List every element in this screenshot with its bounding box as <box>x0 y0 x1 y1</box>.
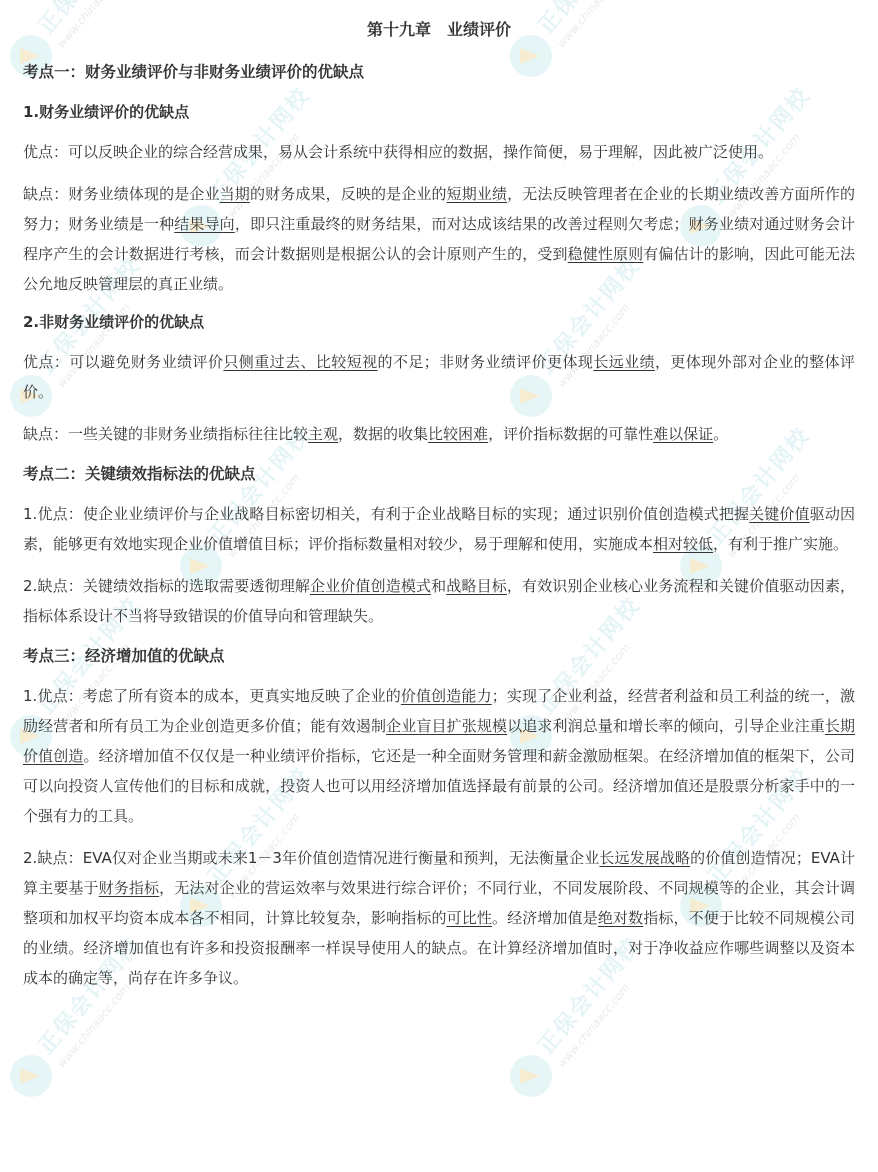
key-phrase: 难以保证 <box>653 425 713 443</box>
key-phrase: 绝对数 <box>598 909 643 927</box>
text-run: 优点：可以反映企业的综合经营成果，易从会计系统中获得相应的数据，操作简便，易于理… <box>23 143 773 161</box>
paragraph-eva-disadvantages: 2.缺点：EVA仅对企业当期或未来1－3年价值创造情况进行衡量和预判，无法衡量企… <box>23 843 855 993</box>
key-phrase: 价值创造能力 <box>401 687 492 705</box>
key-phrase: 主观 <box>308 425 338 443</box>
key-phrase: 只侧重过去、比较短视 <box>223 353 377 371</box>
key-phrase: 关键价值 <box>749 505 810 523</box>
key-phrase: 财务指标 <box>99 879 160 897</box>
text-run: 1.优点：使企业业绩评价与企业战略目标密切相关，有利于企业战略目标的实现；通过识… <box>23 505 749 523</box>
watermark-logo-icon <box>10 1055 52 1097</box>
text-run: 缺点：财务业绩体现的是企业 <box>23 185 220 203</box>
key-phrase: 结果导向 <box>174 215 235 233</box>
watermark-url-text: www.chinaacc.com <box>555 981 633 1070</box>
text-run: 。 <box>713 425 728 443</box>
key-phrase: 战略目标 <box>446 577 507 595</box>
section-heading-3: 考点三：经济增加值的优缺点 <box>23 645 855 667</box>
text-run: ，有利于推广实施。 <box>713 535 848 553</box>
text-run: 。经济增加值是 <box>492 909 598 927</box>
text-run: 1.优点：考虑了所有资本的成本，更真实地反映了企业的 <box>23 687 401 705</box>
key-phrase: 当期 <box>220 185 250 203</box>
text-run: 。经济增加值不仅仅是一种业绩评价指标，它还是一种全面财务管理和薪金激励框架。在经… <box>23 747 855 825</box>
section-heading-1: 考点一：财务业绩评价与非财务业绩评价的优缺点 <box>23 61 855 83</box>
key-phrase: 长远发展战略 <box>599 849 690 867</box>
text-run: 2.缺点：关键绩效指标的选取需要透彻理解 <box>23 577 310 595</box>
key-phrase: 企业价值创造模式 <box>310 577 431 595</box>
subsection-title-1-2: 2.非财务业绩评价的优缺点 <box>23 311 855 333</box>
text-run: ，评价指标数据的可靠性 <box>488 425 653 443</box>
key-phrase: 短期业绩 <box>447 185 508 203</box>
key-phrase: 企业盲目扩张规模 <box>386 717 507 735</box>
paragraph-financial-disadvantages: 缺点：财务业绩体现的是企业当期的财务成果，反映的是企业的短期业绩，无法反映管理者… <box>23 179 855 299</box>
paragraph-eva-advantages: 1.优点：考虑了所有资本的成本，更真实地反映了企业的价值创造能力；实现了企业利益… <box>23 681 855 831</box>
paragraph-nonfinancial-disadvantages: 缺点：一些关键的非财务业绩指标往往比较主观，数据的收集比较困难，评价指标数据的可… <box>23 419 855 449</box>
text-run: 2.缺点：EVA仅对企业当期或未来1－3年价值创造情况进行衡量和预判，无法衡量企… <box>23 849 599 867</box>
key-phrase: 长远业绩 <box>593 353 655 371</box>
text-run: ，数据的收集 <box>338 425 428 443</box>
watermark-logo-icon <box>510 1055 552 1097</box>
key-phrase: 稳健性原则 <box>568 245 644 263</box>
key-phrase: 相对较低 <box>653 535 713 553</box>
watermark-url-text: www.chinaacc.com <box>55 981 133 1070</box>
section-heading-2: 考点二：关键绩效指标法的优缺点 <box>23 463 855 485</box>
key-phrase: 比较困难 <box>428 425 488 443</box>
text-run: 以追求利润总量和增长率的倾向，引导企业注重 <box>507 717 825 735</box>
paragraph-financial-advantages: 优点：可以反映企业的综合经营成果，易从会计系统中获得相应的数据，操作简便，易于理… <box>23 137 855 167</box>
document-body: 第十九章 业绩评价 考点一：财务业绩评价与非财务业绩评价的优缺点 1.财务业绩评… <box>0 0 878 993</box>
text-run: 优点：可以避免财务业绩评价 <box>23 353 223 371</box>
subsection-title-1-1: 1.财务业绩评价的优缺点 <box>23 101 855 123</box>
watermark-tile: 正保会计网校www.chinaacc.com <box>0 1010 160 1120</box>
text-run: 的财务成果，反映的是企业的 <box>250 185 447 203</box>
watermark-tile: 正保会计网校www.chinaacc.com <box>500 1010 660 1120</box>
paragraph-nonfinancial-advantages: 优点：可以避免财务业绩评价只侧重过去、比较短视的不足；非财务业绩评价更体现长远业… <box>23 347 855 407</box>
text-run: 和 <box>431 577 446 595</box>
paragraph-kpi-disadvantages: 2.缺点：关键绩效指标的选取需要透彻理解企业价值创造模式和战略目标，有效识别企业… <box>23 571 855 631</box>
key-phrase: 可比性 <box>447 909 492 927</box>
chapter-title: 第十九章 业绩评价 <box>23 0 855 42</box>
paragraph-kpi-advantages: 1.优点：使企业业绩评价与企业战略目标密切相关，有利于企业战略目标的实现；通过识… <box>23 499 855 559</box>
text-run: 缺点：一些关键的非财务业绩指标往往比较 <box>23 425 308 443</box>
text-run: 的不足；非财务业绩评价更体现 <box>378 353 594 371</box>
